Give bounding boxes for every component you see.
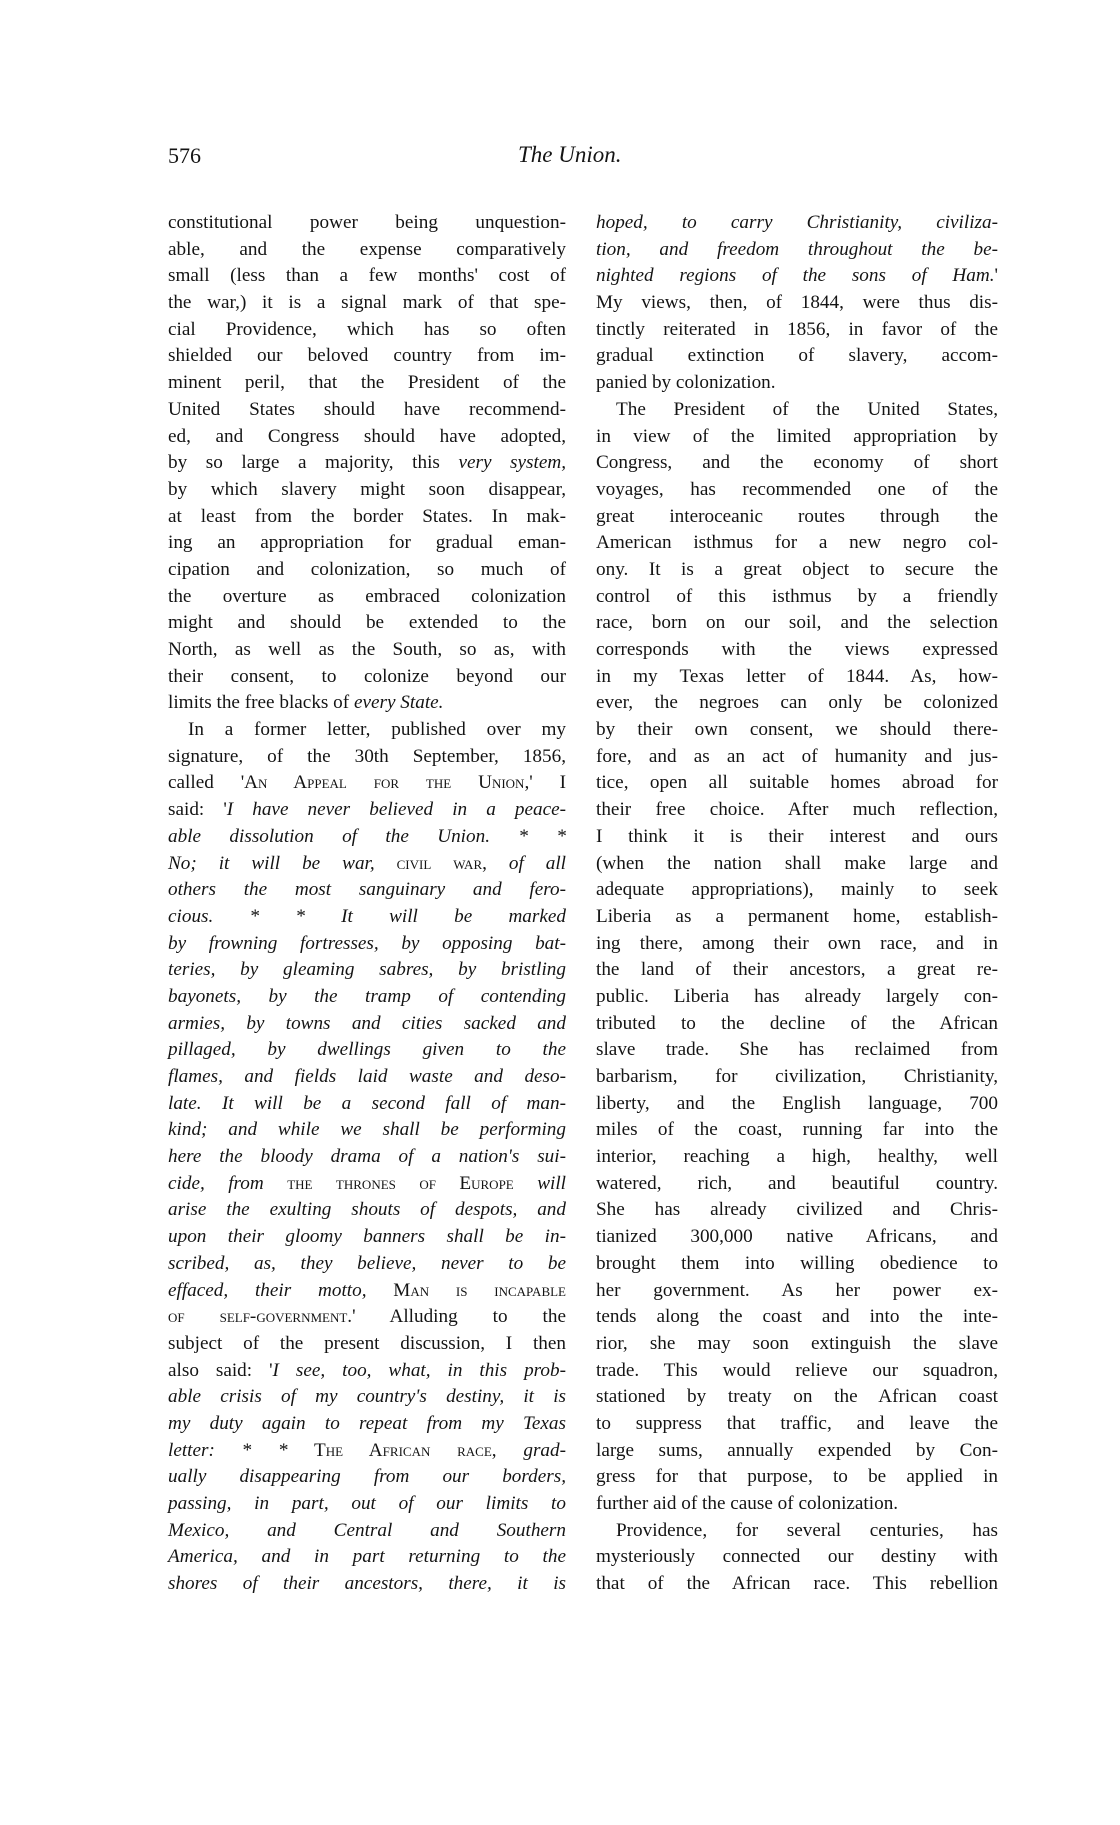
text-span: She has already civilized and Chris- xyxy=(596,1199,998,1220)
text-span: gress for that purpose, to be applied in xyxy=(596,1466,998,1487)
text-span: ever, the negroes can only be colonized xyxy=(596,692,998,713)
text-line: adequate appropriations), mainly to seek xyxy=(596,877,998,904)
text-span: minent peril, that the President of the xyxy=(168,372,566,393)
text-line: said: 'I have never believed in a peace- xyxy=(168,797,566,824)
text-span: at least from the border States. In mak- xyxy=(168,506,566,527)
text-line: No; it will be war, civil war, of all xyxy=(168,851,566,878)
text-span: ' Alluding to the xyxy=(352,1306,566,1327)
text-line: at least from the border States. In mak- xyxy=(168,504,566,531)
italic-span: pillaged, by dwellings given to the xyxy=(168,1039,566,1060)
text-line: tianized 300,000 native Africans, and xyxy=(596,1224,998,1251)
italic-span: ually disappearing from our borders, xyxy=(168,1466,566,1487)
italic-span: tion, and freedom throughout the be- xyxy=(596,239,998,260)
italic-span: grad- xyxy=(497,1440,566,1461)
text-line: cious. * * It will be marked xyxy=(168,904,566,931)
text-span: by which slavery might soon disappear, xyxy=(168,479,566,500)
italic-span: every State. xyxy=(354,692,444,713)
text-line: slave trade. She has reclaimed from xyxy=(596,1037,998,1064)
text-line: passing, in part, out of our limits to xyxy=(168,1491,566,1518)
text-span: able, and the expense comparatively xyxy=(168,239,566,260)
text-line: ed, and Congress should have adopted, xyxy=(168,424,566,451)
text-line: ing an appropriation for gradual eman- xyxy=(168,530,566,557)
text-span: limits the free blacks of xyxy=(168,692,354,713)
text-span: to suppress that traffic, and leave the xyxy=(596,1413,998,1434)
text-line: their free choice. After much reflection… xyxy=(596,797,998,824)
text-span: by their own consent, we should there- xyxy=(596,719,998,740)
text-span: In a former letter, published over my xyxy=(188,719,566,740)
text-span: ony. It is a great object to secure the xyxy=(596,559,998,580)
text-line: nighted regions of the sons of Ham.' xyxy=(596,263,998,290)
text-line: her government. As her power ex- xyxy=(596,1278,998,1305)
text-span: the land of their ancestors, a great re- xyxy=(596,959,998,980)
text-line: She has already civilized and Chris- xyxy=(596,1197,998,1224)
small-caps-span: civil war, xyxy=(375,853,487,874)
text-line: by which slavery might soon disappear, xyxy=(168,477,566,504)
text-span: Liberia as a permanent home, establish- xyxy=(596,906,998,927)
text-line: scribed, as, they believe, never to be xyxy=(168,1251,566,1278)
text-span: small (less than a few months' cost of xyxy=(168,265,566,286)
italic-span: shores of their ancestors, there, it is xyxy=(168,1573,566,1594)
text-line: voyages, has recommended one of the xyxy=(596,477,998,504)
text-line: ing there, among their own race, and in xyxy=(596,931,998,958)
text-span: their free choice. After much reflection… xyxy=(596,799,998,820)
italic-span: very system, xyxy=(458,452,566,473)
text-span: slave trade. She has reclaimed from xyxy=(596,1039,998,1060)
text-span: watered, rich, and beautiful country. xyxy=(596,1173,998,1194)
text-line: ever, the negroes can only be colonized xyxy=(596,690,998,717)
text-line: tion, and freedom throughout the be- xyxy=(596,237,998,264)
italic-span: hoped, to carry Christianity, civiliza- xyxy=(596,212,998,233)
text-line: panied by colonization. xyxy=(596,370,998,397)
left-column: constitutional power being unquestion-ab… xyxy=(168,210,566,1598)
text-span: the war,) it is a signal mark of that sp… xyxy=(168,292,566,313)
text-span: cial Providence, which has so often xyxy=(168,319,566,340)
text-line: North, as well as the South, so as, with xyxy=(168,637,566,664)
text-line: Mexico, and Central and Southern xyxy=(168,1518,566,1545)
text-line: able dissolution of the Union. * * xyxy=(168,824,566,851)
text-line: trade. This would relieve our squadron, xyxy=(596,1358,998,1385)
text-line: public. Liberia has already largely con- xyxy=(596,984,998,1011)
text-line: kind; and while we shall be performing xyxy=(168,1117,566,1144)
text-span: that of the African race. This rebellion xyxy=(596,1573,998,1594)
text-span: corresponds with the views expressed xyxy=(596,639,998,660)
page-number: 576 xyxy=(168,143,201,169)
text-line: bayonets, by the tramp of contending xyxy=(168,984,566,1011)
text-span: by so large a majority, this xyxy=(168,452,458,473)
text-line: armies, by towns and cities sacked and xyxy=(168,1011,566,1038)
italic-span: cide, from xyxy=(168,1173,264,1194)
text-span: The President of the United States, xyxy=(616,399,998,420)
text-span: Providence, for several centuries, has xyxy=(616,1520,998,1541)
text-span: fore, and as an act of humanity and jus- xyxy=(596,746,998,767)
text-line: Liberia as a permanent home, establish- xyxy=(596,904,998,931)
text-span: her government. As her power ex- xyxy=(596,1280,998,1301)
text-span: ' xyxy=(995,265,998,286)
text-line: teries, by gleaming sabres, by bristling xyxy=(168,957,566,984)
text-line: liberty, and the English language, 700 xyxy=(596,1091,998,1118)
text-line: Providence, for several centuries, has xyxy=(596,1518,998,1545)
text-line: in my Texas letter of 1844. As, how- xyxy=(596,664,998,691)
text-span: I think it is their interest and ours xyxy=(596,826,998,847)
text-span: public. Liberia has already largely con- xyxy=(596,986,998,1007)
text-line: limits the free blacks of every State. xyxy=(168,690,566,717)
text-line: cide, from the thrones of Europe will xyxy=(168,1171,566,1198)
text-line: America, and in part returning to the xyxy=(168,1544,566,1571)
text-span: large sums, annually expended by Con- xyxy=(596,1440,998,1461)
text-line: (when the nation shall make large and xyxy=(596,851,998,878)
text-span: North, as well as the South, so as, with xyxy=(168,639,566,660)
text-line: watered, rich, and beautiful country. xyxy=(596,1171,998,1198)
text-span: in view of the limited appropriation by xyxy=(596,426,998,447)
text-line: signature, of the 30th September, 1856, xyxy=(168,744,566,771)
text-line: United States should have recommend- xyxy=(168,397,566,424)
text-line: by so large a majority, this very system… xyxy=(168,450,566,477)
text-line: their consent, to colonize beyond our xyxy=(168,664,566,691)
italic-span: will xyxy=(514,1173,566,1194)
text-span: great interoceanic routes through the xyxy=(596,506,998,527)
italic-span: kind; and while we shall be performing xyxy=(168,1119,566,1140)
italic-span: of all xyxy=(487,853,566,874)
italic-span: able crisis of my country's destiny, it … xyxy=(168,1386,566,1407)
text-line: late. It will be a second fall of man- xyxy=(168,1091,566,1118)
text-span: in my Texas letter of 1844. As, how- xyxy=(596,666,998,687)
text-line: that of the African race. This rebellion xyxy=(596,1571,998,1598)
text-line: letter: * * The African race, grad- xyxy=(168,1438,566,1465)
small-caps-span: An Appeal for the Union xyxy=(244,772,524,793)
italic-span: here the bloody drama of a nation's sui- xyxy=(168,1146,566,1167)
text-line: miles of the coast, running far into the xyxy=(596,1117,998,1144)
text-span: tributed to the decline of the African xyxy=(596,1013,998,1034)
text-span: United States should have recommend- xyxy=(168,399,566,420)
text-line: cial Providence, which has so often xyxy=(168,317,566,344)
text-line: great interoceanic routes through the xyxy=(596,504,998,531)
text-line: by frowning fortresses, by opposing bat- xyxy=(168,931,566,958)
text-line: cipation and colonization, so much of xyxy=(168,557,566,584)
text-span: rior, she may soon extinguish the slave xyxy=(596,1333,998,1354)
text-span: brought them into willing obedience to xyxy=(596,1253,998,1274)
text-span: interior, reaching a high, healthy, well xyxy=(596,1146,998,1167)
text-line: my duty again to repeat from my Texas xyxy=(168,1411,566,1438)
italic-span: nighted regions of the sons of Ham. xyxy=(596,265,995,286)
text-span: liberty, and the English language, 700 xyxy=(596,1093,998,1114)
italic-span: letter: * * xyxy=(168,1440,288,1461)
text-line: the overture as embraced colonization xyxy=(168,584,566,611)
text-span: constitutional power being unquestion- xyxy=(168,212,566,233)
text-line: further aid of the cause of colonization… xyxy=(596,1491,998,1518)
text-line: might and should be extended to the xyxy=(168,610,566,637)
text-span: Congress, and the economy of short xyxy=(596,452,998,473)
text-line: able crisis of my country's destiny, it … xyxy=(168,1384,566,1411)
text-line: gress for that purpose, to be applied in xyxy=(596,1464,998,1491)
italic-span: flames, and fields laid waste and deso- xyxy=(168,1066,566,1087)
italic-span: effaced, their motto, xyxy=(168,1280,367,1301)
italic-span: cious. * * It will be marked xyxy=(168,906,566,927)
text-line: rior, she may soon extinguish the slave xyxy=(596,1331,998,1358)
italic-span: teries, by gleaming sabres, by bristling xyxy=(168,959,566,980)
text-span: panied by colonization. xyxy=(596,372,776,393)
text-span: (when the nation shall make large and xyxy=(596,853,998,874)
text-span: voyages, has recommended one of the xyxy=(596,479,998,500)
text-line: Congress, and the economy of short xyxy=(596,450,998,477)
text-span: also said: ' xyxy=(168,1360,273,1381)
text-line: flames, and fields laid waste and deso- xyxy=(168,1064,566,1091)
text-line: the land of their ancestors, a great re- xyxy=(596,957,998,984)
italic-span: armies, by towns and cities sacked and xyxy=(168,1013,566,1034)
text-span: control of this isthmus by a friendly xyxy=(596,586,998,607)
text-span: tianized 300,000 native Africans, and xyxy=(596,1226,998,1247)
text-line: hoped, to carry Christianity, civiliza- xyxy=(596,210,998,237)
small-caps-span: The African race, xyxy=(288,1440,497,1461)
text-span: shielded our beloved country from im- xyxy=(168,345,566,366)
text-span: tends along the coast and into the inte- xyxy=(596,1306,998,1327)
text-line: tinctly reiterated in 1856, in favor of … xyxy=(596,317,998,344)
text-span: ,' I xyxy=(524,772,566,793)
text-line: effaced, their motto, Man is incapable xyxy=(168,1278,566,1305)
text-line: constitutional power being unquestion- xyxy=(168,210,566,237)
text-line: My views, then, of 1844, were thus dis- xyxy=(596,290,998,317)
text-line: the war,) it is a signal mark of that sp… xyxy=(168,290,566,317)
text-span: ed, and Congress should have adopted, xyxy=(168,426,566,447)
text-span: trade. This would relieve our squadron, xyxy=(596,1360,998,1381)
text-line: brought them into willing obedience to xyxy=(596,1251,998,1278)
text-line: control of this isthmus by a friendly xyxy=(596,584,998,611)
text-span: tinctly reiterated in 1856, in favor of … xyxy=(596,319,998,340)
text-span: called ' xyxy=(168,772,244,793)
text-span: further aid of the cause of colonization… xyxy=(596,1493,898,1514)
text-line: race, born on our soil, and the selectio… xyxy=(596,610,998,637)
italic-span: Mexico, and Central and Southern xyxy=(168,1520,566,1541)
text-line: small (less than a few months' cost of xyxy=(168,263,566,290)
text-span: barbarism, for civilization, Christianit… xyxy=(596,1066,998,1087)
text-line: shores of their ancestors, there, it is xyxy=(168,1571,566,1598)
text-line: American isthmus for a new negro col- xyxy=(596,530,998,557)
text-span: mysteriously connected our destiny with xyxy=(596,1546,998,1567)
small-caps-span: Man is incapable xyxy=(367,1280,567,1301)
text-span: tice, open all suitable homes abroad for xyxy=(596,772,998,793)
text-span: might and should be extended to the xyxy=(168,612,566,633)
text-line: shielded our beloved country from im- xyxy=(168,343,566,370)
text-span: cipation and colonization, so much of xyxy=(168,559,566,580)
text-line: by their own consent, we should there- xyxy=(596,717,998,744)
italic-span: others the most sanguinary and fero- xyxy=(168,879,566,900)
text-span: said: ' xyxy=(168,799,227,820)
text-span: My views, then, of 1844, were thus dis- xyxy=(596,292,998,313)
italic-span: late. It will be a second fall of man- xyxy=(168,1093,566,1114)
text-span: gradual extinction of slavery, accom- xyxy=(596,345,998,366)
text-line: ually disappearing from our borders, xyxy=(168,1464,566,1491)
text-line: minent peril, that the President of the xyxy=(168,370,566,397)
small-caps-span: of self-government. xyxy=(168,1306,352,1327)
text-line: in view of the limited appropriation by xyxy=(596,424,998,451)
text-line: called 'An Appeal for the Union,' I xyxy=(168,770,566,797)
running-title: The Union. xyxy=(518,142,622,168)
text-line: tributed to the decline of the African xyxy=(596,1011,998,1038)
text-span: American isthmus for a new negro col- xyxy=(596,532,998,553)
text-span: signature, of the 30th September, 1856, xyxy=(168,746,566,767)
italic-span: upon their gloomy banners shall be in- xyxy=(168,1226,566,1247)
italic-span: by frowning fortresses, by opposing bat- xyxy=(168,933,566,954)
text-line: stationed by treaty on the African coast xyxy=(596,1384,998,1411)
italic-span: bayonets, by the tramp of contending xyxy=(168,986,566,1007)
text-line: also said: 'I see, too, what, in this pr… xyxy=(168,1358,566,1385)
text-span: ing an appropriation for gradual eman- xyxy=(168,532,566,553)
text-span: stationed by treaty on the African coast xyxy=(596,1386,998,1407)
right-column: hoped, to carry Christianity, civiliza-t… xyxy=(596,210,998,1598)
text-line: here the bloody drama of a nation's sui- xyxy=(168,1144,566,1171)
text-line: mysteriously connected our destiny with xyxy=(596,1544,998,1571)
italic-span: scribed, as, they believe, never to be xyxy=(168,1253,566,1274)
text-span: miles of the coast, running far into the xyxy=(596,1119,998,1140)
text-span: subject of the present discussion, I the… xyxy=(168,1333,566,1354)
text-line: gradual extinction of slavery, accom- xyxy=(596,343,998,370)
text-line: pillaged, by dwellings given to the xyxy=(168,1037,566,1064)
small-caps-span: the thrones of Europe xyxy=(264,1173,514,1194)
italic-span: passing, in part, out of our limits to xyxy=(168,1493,566,1514)
text-line: The President of the United States, xyxy=(596,397,998,424)
text-line: corresponds with the views expressed xyxy=(596,637,998,664)
text-span: ing there, among their own race, and in xyxy=(596,933,998,954)
italic-span: arise the exulting shouts of despots, an… xyxy=(168,1199,566,1220)
italic-span: able dissolution of the Union. * * xyxy=(168,826,566,847)
text-line: fore, and as an act of humanity and jus- xyxy=(596,744,998,771)
italic-span: my duty again to repeat from my Texas xyxy=(168,1413,566,1434)
text-span: race, born on our soil, and the selectio… xyxy=(596,612,998,633)
text-line: arise the exulting shouts of despots, an… xyxy=(168,1197,566,1224)
text-line: interior, reaching a high, healthy, well xyxy=(596,1144,998,1171)
text-line: upon their gloomy banners shall be in- xyxy=(168,1224,566,1251)
text-span: their consent, to colonize beyond our xyxy=(168,666,566,687)
text-line: of self-government.' Alluding to the xyxy=(168,1304,566,1331)
italic-span: America, and in part returning to the xyxy=(168,1546,566,1567)
text-span: the overture as embraced colonization xyxy=(168,586,566,607)
text-line: tice, open all suitable homes abroad for xyxy=(596,770,998,797)
text-line: barbarism, for civilization, Christianit… xyxy=(596,1064,998,1091)
text-line: subject of the present discussion, I the… xyxy=(168,1331,566,1358)
text-line: able, and the expense comparatively xyxy=(168,237,566,264)
italic-span: I have never believed in a peace- xyxy=(227,799,566,820)
text-line: others the most sanguinary and fero- xyxy=(168,877,566,904)
text-line: tends along the coast and into the inte- xyxy=(596,1304,998,1331)
text-line: In a former letter, published over my xyxy=(168,717,566,744)
italic-span: I see, too, what, in this prob- xyxy=(273,1360,566,1381)
text-line: I think it is their interest and ours xyxy=(596,824,998,851)
text-line: to suppress that traffic, and leave the xyxy=(596,1411,998,1438)
text-line: large sums, annually expended by Con- xyxy=(596,1438,998,1465)
text-span: adequate appropriations), mainly to seek xyxy=(596,879,998,900)
text-line: ony. It is a great object to secure the xyxy=(596,557,998,584)
italic-span: No; it will be war, xyxy=(168,853,375,874)
